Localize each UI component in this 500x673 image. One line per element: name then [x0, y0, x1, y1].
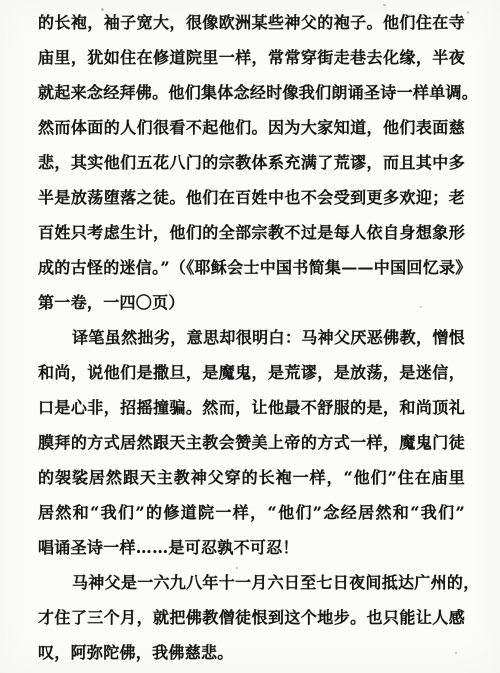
- text-line: 成的古怪的迷信。”（《耶稣会士中国书简集——中国回忆录》: [38, 250, 465, 285]
- text-line: 百姓只考虑生计，他们的全部宗教不过是每人依自身想象形: [38, 215, 465, 250]
- text-line: 庙里，犹如住在修道院里一样，常常穿街走巷去化缘，半夜: [38, 40, 465, 75]
- text-line: 的袈裟居然跟天主教神父穿的长袍一样，“他们”住在庙里: [38, 460, 465, 495]
- text-line: 才住了三个月，就把佛教僧徒恨到这个地步。也只能让人感: [38, 600, 465, 635]
- text-line: 和尚，说他们是撒旦，是魔鬼，是荒谬，是放荡，是迷信，: [38, 355, 465, 390]
- body-text-block: 的长袍，袖子宽大，很像欧洲某些神父的袍子。他们住在寺 庙里，犹如住在修道院里一样…: [38, 5, 465, 670]
- text-line: 的长袍，袖子宽大，很像欧洲某些神父的袍子。他们住在寺: [38, 5, 465, 40]
- text-line: 口是心非，招摇撞骗。然而，让他最不舒服的是，和尚顶礼: [38, 390, 465, 425]
- text-line: 马神父是一六九八年十一月六日至七日夜间抵达广州的，: [38, 565, 465, 600]
- text-line: 居然和“我们”的修道院一样，“他们”念经居然和“我们”: [38, 495, 465, 530]
- text-line: 唱诵圣诗一样……是可忍孰不可忍！: [38, 530, 465, 565]
- text-line: 叹，阿弥陀佛，我佛慈悲。: [38, 635, 465, 670]
- scanned-book-page: 的长袍，袖子宽大，很像欧洲某些神父的袍子。他们住在寺 庙里，犹如住在修道院里一样…: [0, 0, 500, 673]
- text-line: 悲，其实他们五花八门的宗教体系充满了荒谬，而且其中多: [38, 145, 465, 180]
- text-line: 膜拜的方式居然跟天主教会赞美上帝的方式一样，魔鬼门徒: [38, 425, 465, 460]
- text-line: 译笔虽然拙劣，意思却很明白：马神父厌恶佛教，憎恨: [38, 320, 465, 355]
- text-line: 然而体面的人们很看不起他们。因为大家知道，他们表面慈: [38, 110, 465, 145]
- text-line: 半是放荡堕落之徒。他们在百姓中也不会受到更多欢迎；老: [38, 180, 465, 215]
- scan-speck: [467, 11, 469, 14]
- text-line: 第一卷，一四〇页）: [38, 285, 465, 320]
- text-line: 就起来念经拜佛。他们集体念经时像我们朗诵圣诗一样单调。: [38, 75, 465, 110]
